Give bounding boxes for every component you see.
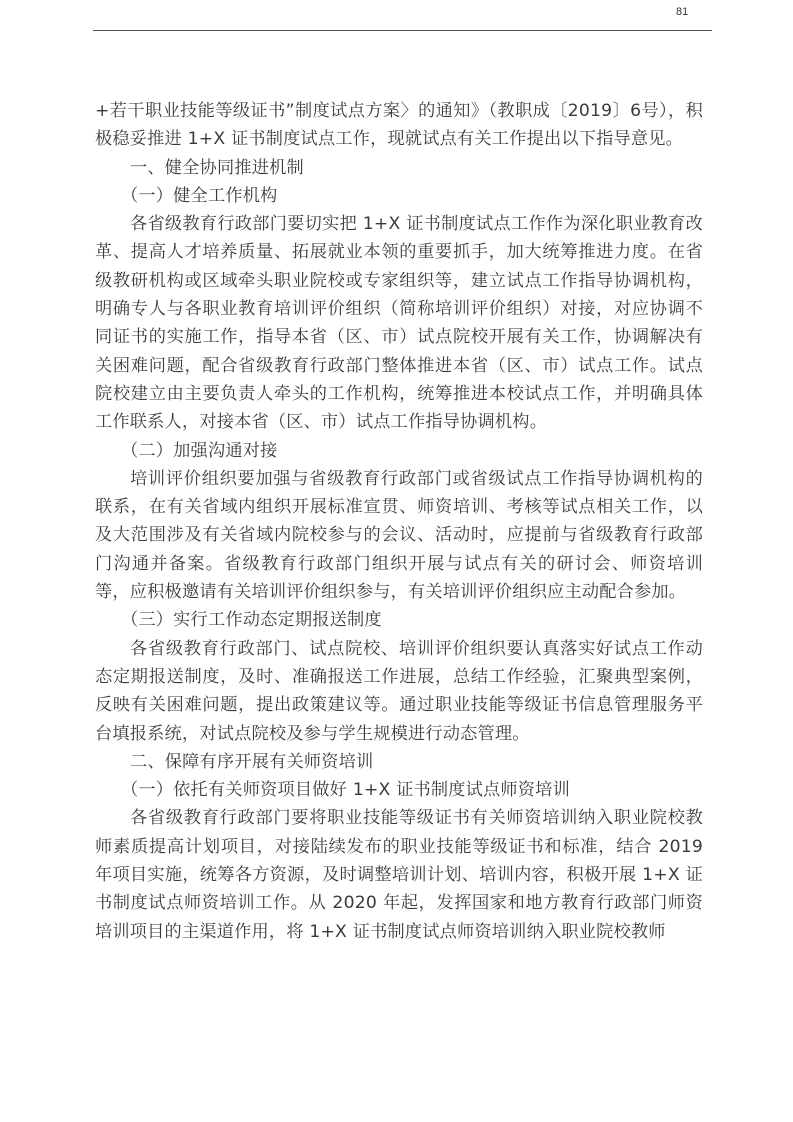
heading-subsection-1-3: （三）实行工作动态定期报送制度 [95, 606, 703, 634]
heading-section-1: 一、健全协同推进机制 [95, 154, 703, 182]
paragraph-work-organization: 各省级教育行政部门要切实把 1+X 证书制度试点工作作为深化职业教育改革、提高人… [95, 210, 703, 436]
heading-subsection-1-2: （二）加强沟通对接 [95, 437, 703, 465]
heading-subsection-2-1: （一）依托有关师资项目做好 1+X 证书制度试点师资培训 [95, 776, 703, 804]
paragraph-intro-continued: +若干职业技能等级证书”制度试点方案〉的通知》（教职成〔2019〕6号），积极稳… [95, 97, 703, 154]
paragraph-teacher-training: 各省级教育行政部门要将职业技能等级证书有关师资培训纳入职业院校教师素质提高计划项… [95, 804, 703, 945]
document-body: +若干职业技能等级证书”制度试点方案〉的通知》（教职成〔2019〕6号），积极稳… [95, 97, 703, 946]
heading-subsection-1-1: （一）健全工作机构 [95, 182, 703, 210]
heading-section-2: 二、保障有序开展有关师资培训 [95, 748, 703, 776]
paragraph-communication: 培训评价组织要加强与省级教育行政部门或省级试点工作指导协调机构的联系，在有关省域… [95, 465, 703, 606]
page-number: 81 [676, 6, 688, 18]
header-rule [93, 30, 712, 31]
paragraph-reporting: 各省级教育行政部门、试点院校、培训评价组织要认真落实好试点工作动态定期报送制度，… [95, 635, 703, 748]
